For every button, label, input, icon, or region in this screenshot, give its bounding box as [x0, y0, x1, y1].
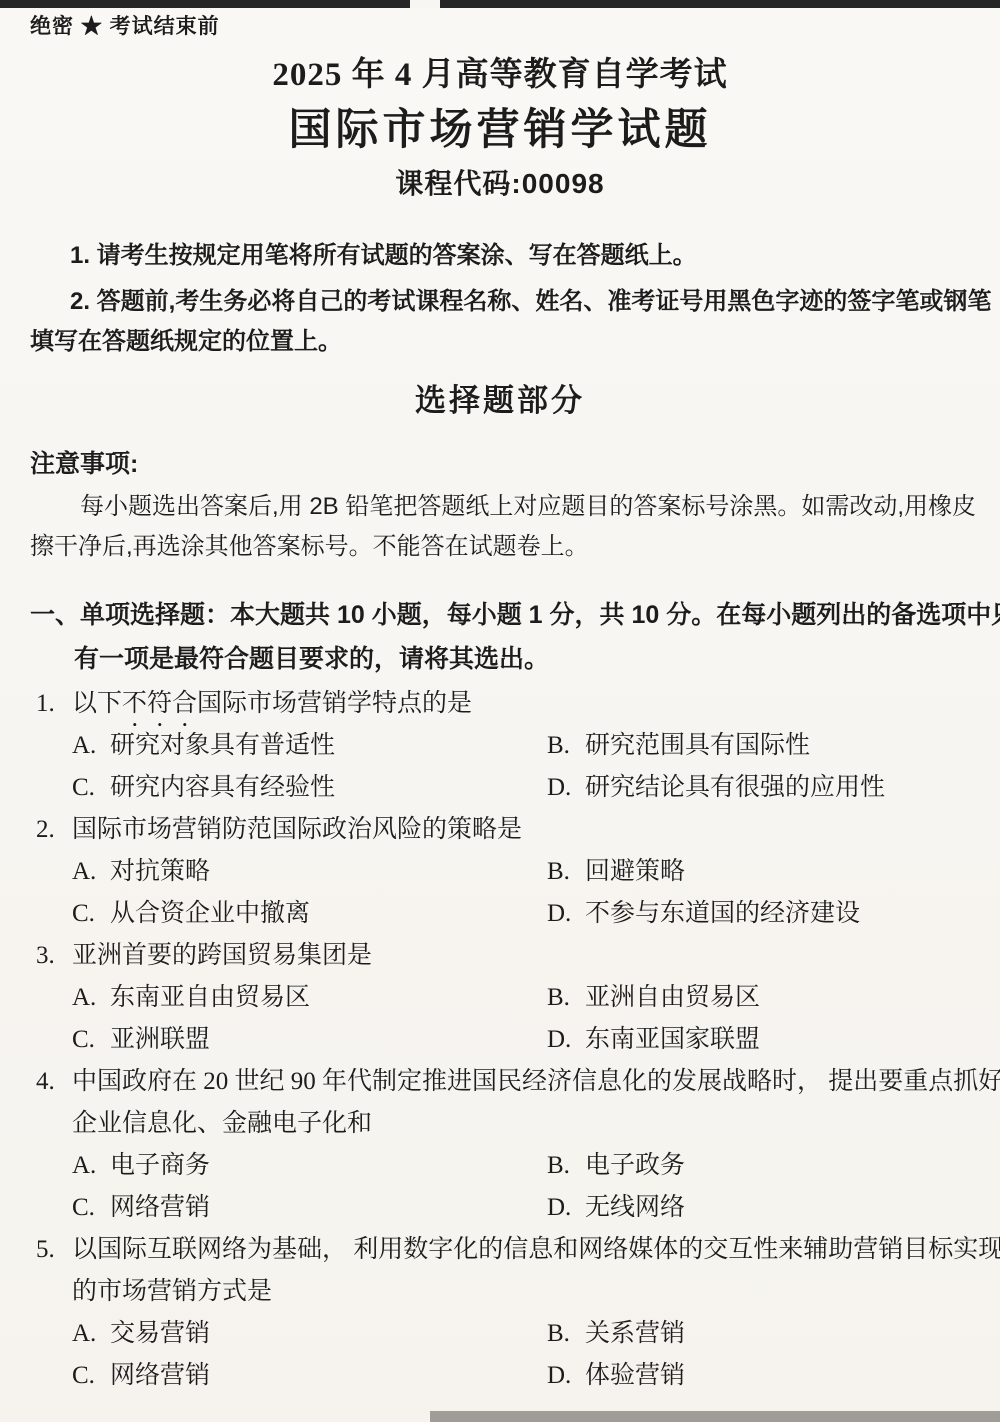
question-number: 1. [36, 683, 72, 725]
instruction-2-line-1: 2. 答题前,考生务必将自己的考试课程名称、姓名、准考证号用黑色字迹的签字笔或钢… [30, 282, 970, 322]
option-text: 无线网络 [585, 1194, 685, 1221]
option-item: C.亚洲联盟 [72, 1019, 547, 1061]
option-item: B.回避策略 [547, 851, 685, 893]
notice-line-1: 每小题选出答案后,用 2B 铅笔把答题纸上对应题目的答案标号涂黑。如需改动,用橡… [30, 487, 970, 527]
option-text: 研究内容具有经验性 [110, 774, 335, 801]
question-list: 1.以下不符合国际市场营销学特点的是A.研究对象具有普适性B.研究范围具有国际性… [30, 683, 970, 1397]
question: 1.以下不符合国际市场营销学特点的是A.研究对象具有普适性B.研究范围具有国际性… [30, 683, 970, 809]
option-letter: B. [547, 1145, 585, 1187]
question-stem: 5.以国际互联网络为基础， 利用数字化的信息和网络媒体的交互性来辅助营销目标实现 [30, 1229, 970, 1271]
option-row: C.网络营销D.无线网络 [30, 1187, 970, 1229]
option-item: B.研究范围具有国际性 [547, 725, 810, 767]
question: 5.以国际互联网络为基础， 利用数字化的信息和网络媒体的交互性来辅助营销目标实现… [30, 1229, 970, 1397]
option-letter: A. [72, 1145, 110, 1187]
notice-line-2: 擦干净后,再选涂其他答案标号。不能答在试题卷上。 [30, 527, 970, 567]
option-letter: C. [72, 1187, 110, 1229]
option-text: 研究对象具有普适性 [110, 732, 335, 759]
option-letter: A. [72, 851, 110, 893]
option-text: 亚洲自由贸易区 [585, 984, 760, 1011]
question-stem-text: 亚洲首要的跨国贸易集团是 [72, 942, 372, 969]
option-item: B.关系营销 [547, 1313, 685, 1355]
exam-session-title: 2025 年 4 月高等教育自学考试 [30, 54, 970, 96]
question-stem: 4.中国政府在 20 世纪 90 年代制定推进国民经济信息化的发展战略时， 提出… [30, 1061, 970, 1103]
option-item: B.亚洲自由贸易区 [547, 977, 760, 1019]
option-row: A.研究对象具有普适性B.研究范围具有国际性 [30, 725, 970, 767]
exam-title: 国际市场营销学试题 [30, 102, 970, 158]
option-item: C.网络营销 [72, 1355, 547, 1397]
option-item: A.研究对象具有普适性 [72, 725, 547, 767]
option-text: 电子商务 [110, 1152, 210, 1179]
option-row: C.研究内容具有经验性D.研究结论具有很强的应用性 [30, 767, 970, 809]
option-letter: B. [547, 725, 585, 767]
section-heading: 一、单项选择题：本大题共 10 小题，每小题 1 分，共 10 分。在每小题列出… [30, 593, 970, 681]
instruction-2: 2. 答题前,考生务必将自己的考试课程名称、姓名、准考证号用黑色字迹的签字笔或钢… [30, 282, 970, 362]
option-letter: D. [547, 1355, 585, 1397]
option-item: C.从合资企业中撤离 [72, 893, 547, 935]
question: 3.亚洲首要的跨国贸易集团是A.东南亚自由贸易区B.亚洲自由贸易区C.亚洲联盟D… [30, 935, 970, 1061]
option-text: 回避策略 [585, 858, 685, 885]
question-stem: 3.亚洲首要的跨国贸易集团是 [30, 935, 970, 977]
question-stem-text: 的市场营销方式是 [72, 1278, 272, 1305]
question-number: 3. [36, 935, 72, 977]
option-text: 研究范围具有国际性 [585, 732, 810, 759]
option-letter: D. [547, 893, 585, 935]
classification-banner: 绝密 ★ 考试结束前 [30, 14, 970, 40]
option-text: 不参与东道国的经济建设 [585, 900, 860, 927]
option-text: 亚洲联盟 [110, 1026, 210, 1053]
option-row: C.亚洲联盟D.东南亚国家联盟 [30, 1019, 970, 1061]
option-text: 关系营销 [585, 1320, 685, 1347]
option-item: A.交易营销 [72, 1313, 547, 1355]
option-row: C.从合资企业中撤离D.不参与东道国的经济建设 [30, 893, 970, 935]
option-letter: A. [72, 725, 110, 767]
option-item: A.电子商务 [72, 1145, 547, 1187]
option-text: 东南亚国家联盟 [585, 1026, 760, 1053]
question-stem-emphasized-text: 不符合 [122, 690, 197, 717]
option-item: A.东南亚自由贸易区 [72, 977, 547, 1019]
option-text: 交易营销 [110, 1320, 210, 1347]
question-number: 5. [36, 1229, 72, 1271]
option-row: A.东南亚自由贸易区B.亚洲自由贸易区 [30, 977, 970, 1019]
option-item: B.电子政务 [547, 1145, 685, 1187]
option-text: 网络营销 [110, 1362, 210, 1389]
option-letter: B. [547, 1313, 585, 1355]
option-item: D.研究结论具有很强的应用性 [547, 767, 885, 809]
question-number: 2. [36, 809, 72, 851]
question-stem-text: 国际市场营销学特点的是 [197, 690, 472, 717]
option-item: D.体验营销 [547, 1355, 685, 1397]
option-text: 从合资企业中撤离 [110, 900, 310, 927]
option-item: D.无线网络 [547, 1187, 685, 1229]
question-stem-text: 以国际互联网络为基础， 利用数字化的信息和网络媒体的交互性来辅助营销目标实现 [72, 1236, 1000, 1263]
exam-paper-page: 绝密 ★ 考试结束前 2025 年 4 月高等教育自学考试 国际市场营销学试题 … [0, 0, 1000, 1422]
course-code: 课程代码:00098 [30, 166, 970, 202]
option-letter: D. [547, 767, 585, 809]
option-letter: D. [547, 1187, 585, 1229]
option-row: C.网络营销D.体验营销 [30, 1355, 970, 1397]
option-letter: A. [72, 977, 110, 1019]
option-row: A.交易营销B.关系营销 [30, 1313, 970, 1355]
option-row: A.电子商务B.电子政务 [30, 1145, 970, 1187]
notice-body: 每小题选出答案后,用 2B 铅笔把答题纸上对应题目的答案标号涂黑。如需改动,用橡… [30, 487, 970, 567]
question-stem-text: 以下 [72, 690, 122, 717]
option-text: 对抗策略 [110, 858, 210, 885]
section-heading-line-1: 一、单项选择题：本大题共 10 小题，每小题 1 分，共 10 分。在每小题列出… [30, 593, 970, 637]
option-letter: C. [72, 893, 110, 935]
scan-artifact-top-bar [0, 0, 1000, 8]
question-stem: 1.以下不符合国际市场营销学特点的是 [30, 683, 970, 725]
option-item: C.研究内容具有经验性 [72, 767, 547, 809]
option-text: 网络营销 [110, 1194, 210, 1221]
instruction-1: 1. 请考生按规定用笔将所有试题的答案涂、写在答题纸上。 [30, 240, 970, 272]
option-item: D.东南亚国家联盟 [547, 1019, 760, 1061]
option-letter: B. [547, 851, 585, 893]
option-item: D.不参与东道国的经济建设 [547, 893, 860, 935]
question-stem-continuation: 的市场营销方式是 [30, 1271, 970, 1313]
question-number: 4. [36, 1061, 72, 1103]
option-letter: D. [547, 1019, 585, 1061]
question-stem-continuation: 企业信息化、金融电子化和 [30, 1103, 970, 1145]
option-letter: C. [72, 767, 110, 809]
option-text: 体验营销 [585, 1362, 685, 1389]
section-heading-line-2: 有一项是最符合题目要求的，请将其选出。 [30, 637, 970, 681]
option-letter: C. [72, 1355, 110, 1397]
option-text: 东南亚自由贸易区 [110, 984, 310, 1011]
notice-heading: 注意事项: [30, 448, 970, 481]
question-stem: 2.国际市场营销防范国际政治风险的策略是 [30, 809, 970, 851]
question-stem-text: 企业信息化、金融电子化和 [72, 1110, 372, 1137]
instruction-2-line-2: 填写在答题纸规定的位置上。 [30, 322, 970, 362]
option-row: A.对抗策略B.回避策略 [30, 851, 970, 893]
option-letter: A. [72, 1313, 110, 1355]
scan-artifact-bottom-bar [430, 1411, 1000, 1422]
question: 4.中国政府在 20 世纪 90 年代制定推进国民经济信息化的发展战略时， 提出… [30, 1061, 970, 1229]
option-text: 研究结论具有很强的应用性 [585, 774, 885, 801]
question-stem-text: 国际市场营销防范国际政治风险的策略是 [72, 816, 522, 843]
option-item: C.网络营销 [72, 1187, 547, 1229]
option-text: 电子政务 [585, 1152, 685, 1179]
option-letter: C. [72, 1019, 110, 1061]
option-item: A.对抗策略 [72, 851, 547, 893]
part-heading: 选择题部分 [30, 382, 970, 420]
option-letter: B. [547, 977, 585, 1019]
question: 2.国际市场营销防范国际政治风险的策略是A.对抗策略B.回避策略C.从合资企业中… [30, 809, 970, 935]
question-stem-text: 中国政府在 20 世纪 90 年代制定推进国民经济信息化的发展战略时， 提出要重… [72, 1068, 1000, 1095]
